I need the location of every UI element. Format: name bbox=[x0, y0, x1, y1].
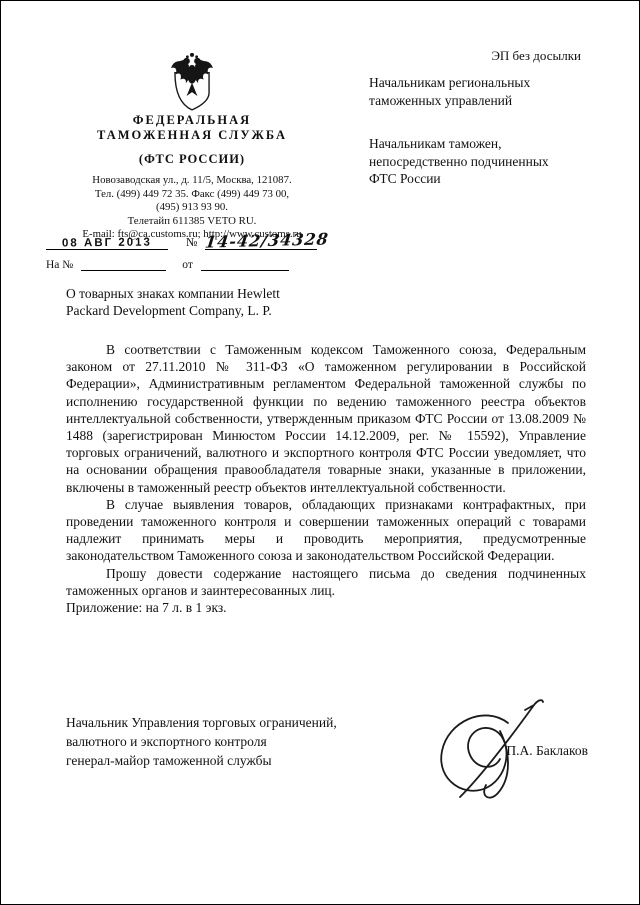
signature-block: Начальник Управления торговых ограничени… bbox=[66, 713, 578, 770]
addressee-line: ФТС России bbox=[369, 170, 604, 188]
routing-stamp: ЭП без досылки bbox=[491, 48, 581, 64]
body-paragraph-2: В случае выявления товаров, обладающих п… bbox=[66, 496, 586, 565]
address-line: (495) 913 93 90. bbox=[31, 201, 353, 215]
date-field: 08 АВГ 2013 bbox=[46, 237, 168, 250]
outgoing-number: 14-42/34328 bbox=[205, 232, 330, 249]
date-stamp: 08 АВГ 2013 bbox=[62, 237, 152, 250]
double-headed-eagle-emblem-icon bbox=[165, 51, 219, 113]
letterhead: ФЕДЕРАЛЬНАЯ ТАМОЖЕННАЯ СЛУЖБА (ФТС РОССИ… bbox=[31, 51, 353, 242]
body-paragraph-3: Прошу довести содержание настоящего пись… bbox=[66, 565, 586, 599]
reply-number-field bbox=[81, 270, 166, 271]
subject-line: О товарных знаках компании Hewlett Packa… bbox=[66, 285, 361, 319]
addressee-line: таможенных управлений bbox=[369, 92, 604, 110]
subject-line2: Packard Development Company, L. P. bbox=[66, 302, 361, 319]
letter-body: В соответствии с Таможенным кодексом Там… bbox=[66, 341, 586, 616]
signature-visual: П.А. Баклаков bbox=[430, 693, 590, 811]
body-paragraph-1: В соответствии с Таможенным кодексом Там… bbox=[66, 341, 586, 496]
outgoing-number-field: 14-42/34328 bbox=[205, 234, 317, 250]
signer-name: П.А. Баклаков bbox=[506, 741, 588, 760]
addressee-regional: Начальникам региональных таможенных упра… bbox=[369, 74, 604, 109]
subject-line1: О товарных знаках компании Hewlett bbox=[66, 285, 361, 302]
reply-from-label: от bbox=[182, 259, 193, 271]
addressee-line: непосредственно подчиненных bbox=[369, 153, 604, 171]
reply-date-field bbox=[201, 270, 289, 271]
address-line: Тел. (499) 449 72 35. Факс (499) 449 73 … bbox=[31, 188, 353, 202]
reply-label: На № bbox=[46, 259, 73, 271]
addressees-column: Начальникам региональных таможенных упра… bbox=[369, 74, 604, 188]
document-page: ЭП без досылки ФЕДЕРАЛЬНАЯ ТАМОЖЕННАЯ СЛ… bbox=[0, 0, 640, 905]
org-abbr: (ФТС РОССИИ) bbox=[31, 152, 353, 167]
reference-block: 08 АВГ 2013 № 14-42/34328 На № от bbox=[46, 234, 366, 271]
addressee-customs: Начальникам таможен, непосредственно под… bbox=[369, 135, 604, 188]
org-name-line2: ТАМОЖЕННАЯ СЛУЖБА bbox=[31, 128, 353, 143]
org-name-line1: ФЕДЕРАЛЬНАЯ bbox=[31, 113, 353, 128]
address-line: Новозаводская ул., д. 11/5, Москва, 1210… bbox=[31, 174, 353, 188]
reply-reference-row: На № от bbox=[46, 259, 366, 271]
attachment-note: Приложение: на 7 л. в 1 экз. bbox=[66, 599, 586, 616]
number-label: № bbox=[186, 235, 197, 250]
addressee-line: Начальникам таможен, bbox=[369, 135, 604, 153]
date-number-row: 08 АВГ 2013 № 14-42/34328 bbox=[46, 234, 366, 250]
address-line: Телетайп 611385 VETO RU. bbox=[31, 215, 353, 229]
addressee-line: Начальникам региональных bbox=[369, 74, 604, 92]
